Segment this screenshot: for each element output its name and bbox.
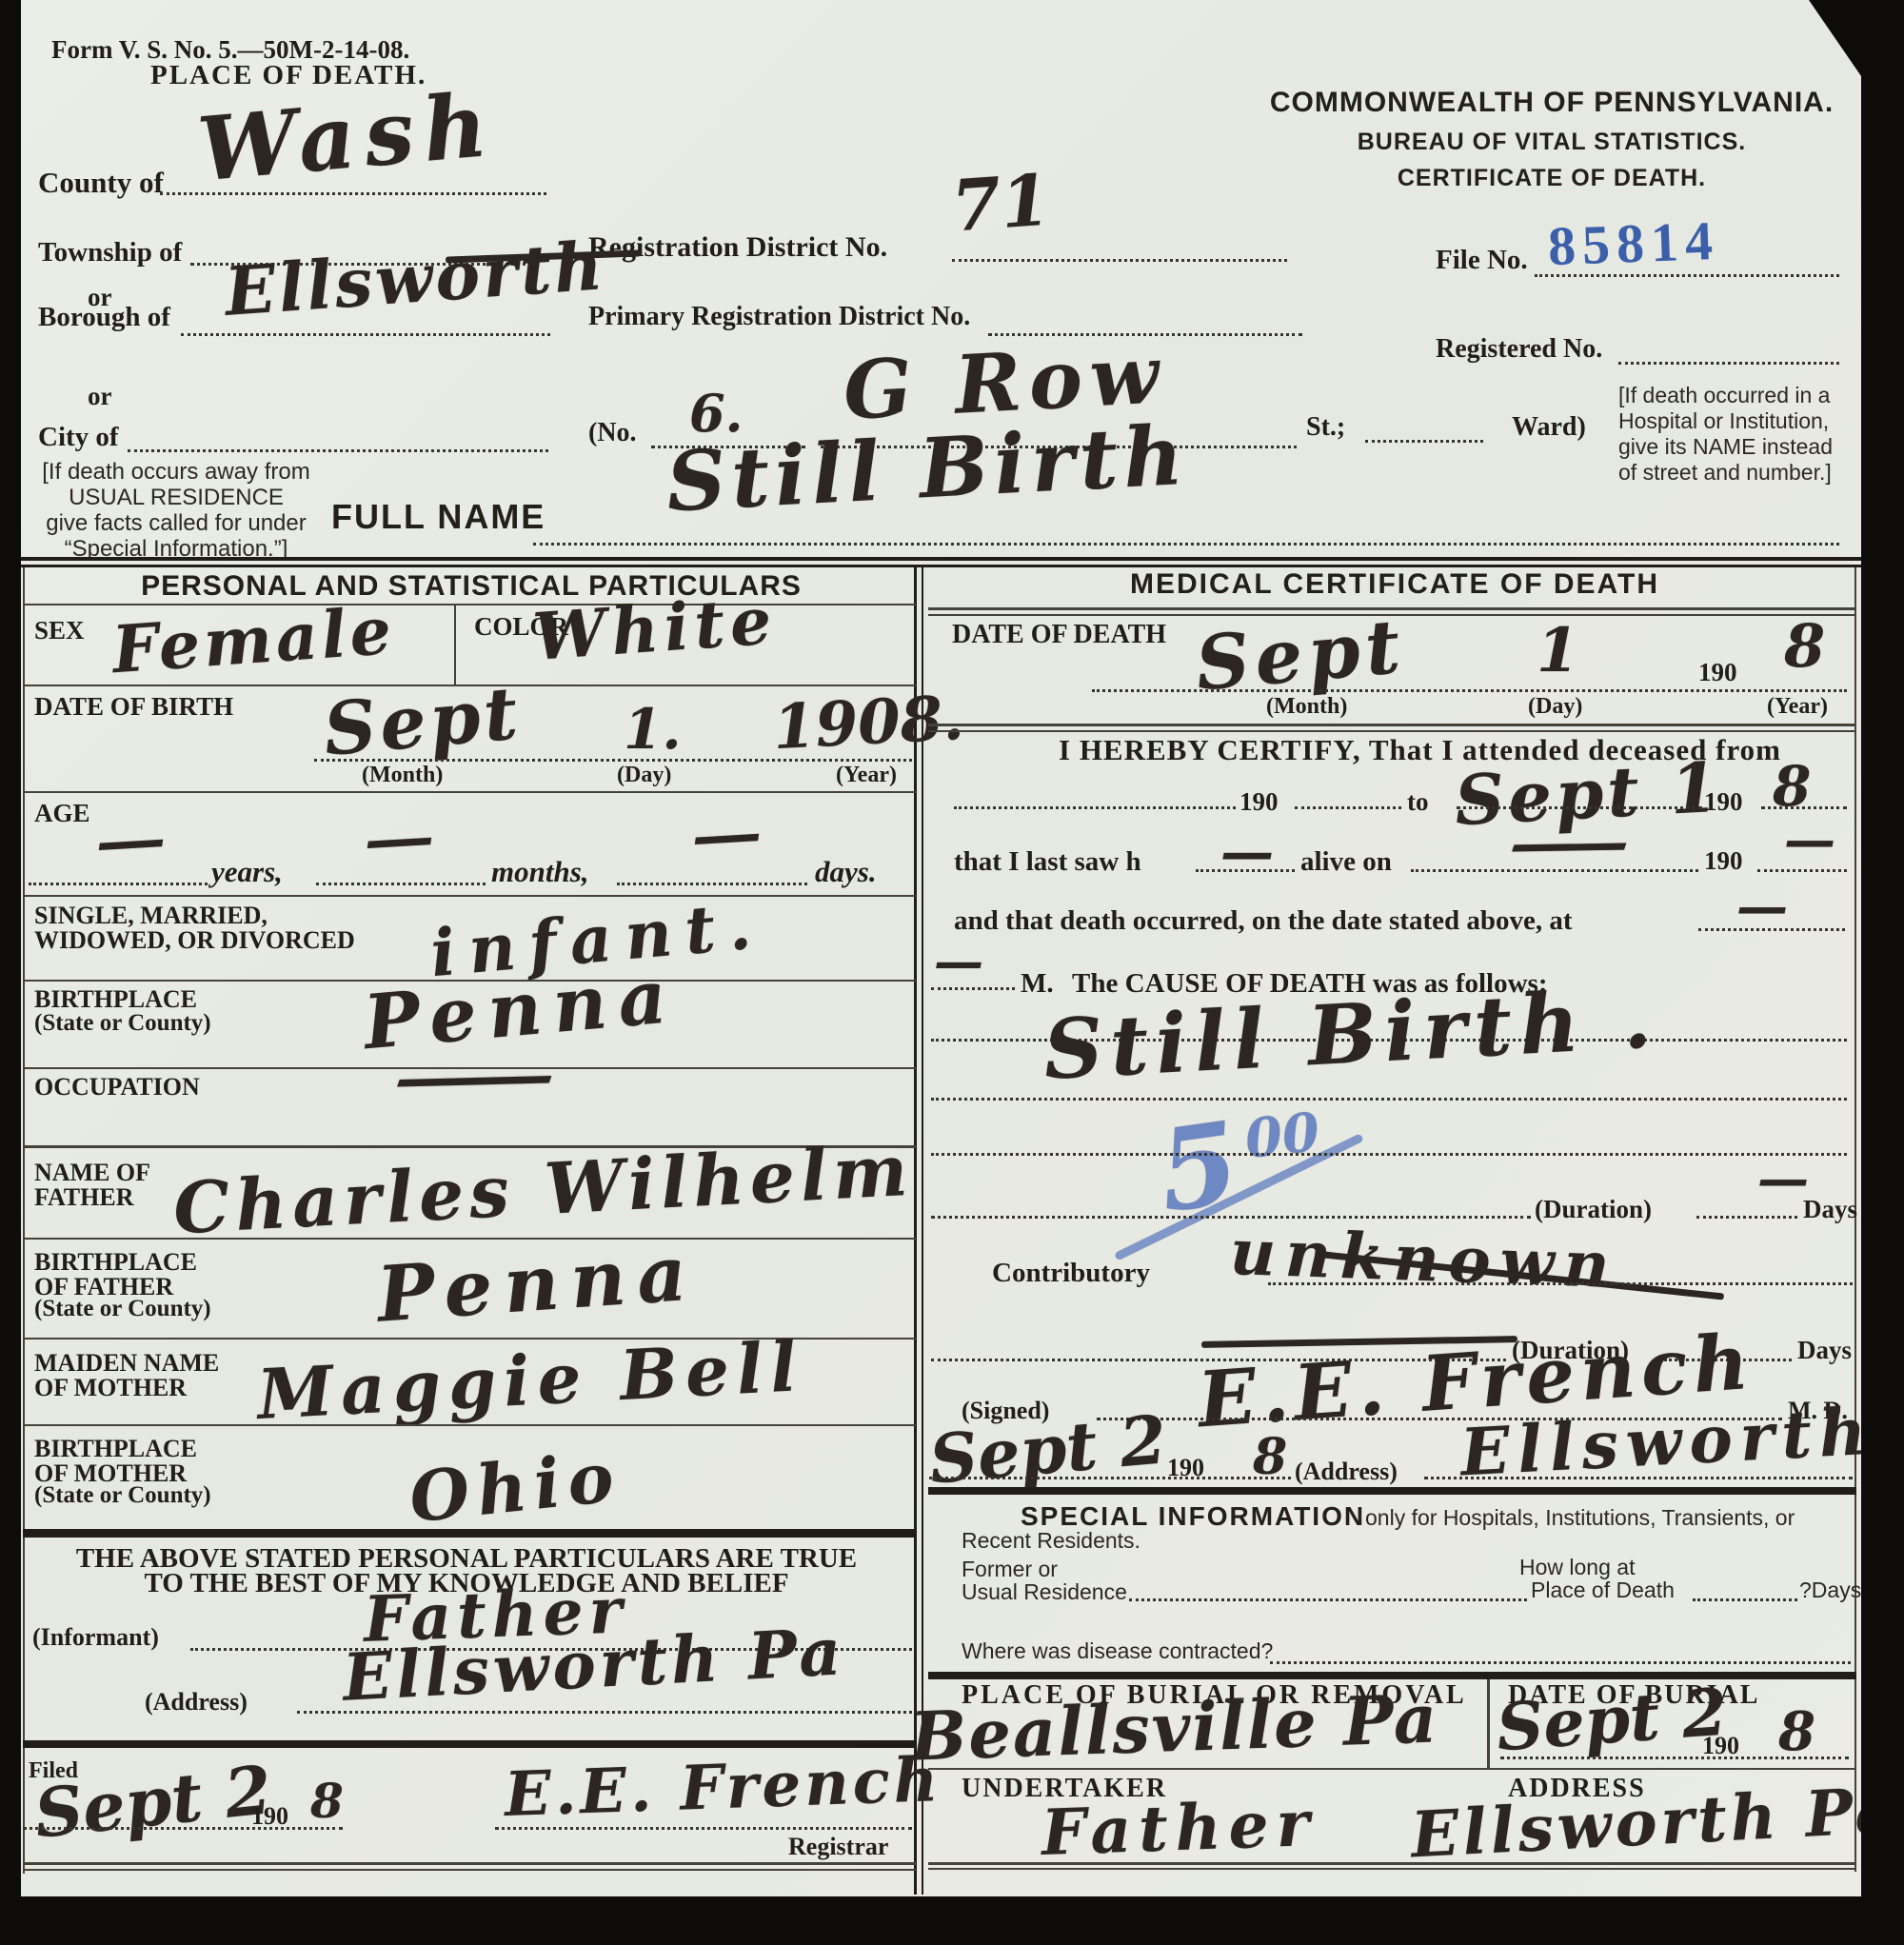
bureau-title: BUREAU OF VITAL STATISTICS. <box>1247 129 1856 154</box>
registered-no-line <box>1618 362 1839 365</box>
residence-note-line3: give facts called for under <box>29 510 324 536</box>
dob-day-label: (Day) <box>617 764 671 787</box>
signed-address-label: (Address) <box>1295 1459 1398 1484</box>
dod-row-rule-1 <box>928 724 1856 726</box>
burial-row-rule <box>928 1768 1856 1770</box>
dod-year-printed: 190 <box>1698 659 1737 685</box>
mother-maiden-row-rule <box>23 1424 916 1426</box>
how-long-line2: Place of Death <box>1531 1578 1675 1601</box>
registration-district-line <box>952 259 1287 262</box>
hospital-note-line1: [If death occurred in a <box>1618 383 1833 408</box>
months-label: months, <box>491 857 589 888</box>
special-info-line2: Recent Residents. <box>962 1529 1140 1552</box>
attended-to-gap-line <box>1295 806 1401 809</box>
burial-date-value: Sept 2 <box>1495 1679 1730 1763</box>
last-saw-label: that I last saw h <box>954 847 1141 876</box>
father-name-row-rule <box>23 1238 916 1240</box>
sex-label: SEX <box>34 617 85 644</box>
left-column-border <box>23 567 25 1874</box>
how-long-line <box>1693 1598 1797 1601</box>
cause-line-2 <box>931 1098 1847 1101</box>
or-label-2: or <box>88 383 111 409</box>
duration1-value: — <box>1757 1152 1809 1206</box>
days-q-label: ?Days <box>1799 1578 1861 1601</box>
dob-month-label: (Month) <box>362 764 443 787</box>
cause-line-3 <box>931 1153 1847 1156</box>
full-name-line <box>533 543 1839 546</box>
personal-title-rule <box>23 604 916 605</box>
contributory-line <box>1268 1282 1853 1285</box>
dod-day-value: 1 <box>1537 619 1579 683</box>
father-birthplace-label-line1: BIRTHPLACE <box>34 1249 197 1275</box>
last-saw-year-value: — <box>1784 813 1835 867</box>
attended-to-year-printed: 190 <box>1704 788 1743 815</box>
dod-row-rule-2 <box>928 730 1856 732</box>
attended-to-line <box>1457 806 1702 809</box>
special-info-bold: SPECIAL INFORMATION <box>1021 1502 1365 1530</box>
mother-maiden-label-line1: MAIDEN NAME <box>34 1350 219 1376</box>
residence-note: [If death occurs away from USUAL RESIDEN… <box>29 459 324 562</box>
statement-divider <box>23 1529 916 1538</box>
scan-border-right <box>1861 0 1904 1945</box>
signed-date-value: Sept 2 <box>926 1404 1169 1495</box>
filed-year-value: 8 <box>310 1776 344 1827</box>
duration1-label: (Duration) <box>1535 1196 1652 1222</box>
registration-district-label: Registration District No. <box>588 232 887 263</box>
file-no-stamp: 85814 <box>1547 212 1720 276</box>
father-birthplace-value: Penna <box>374 1232 700 1334</box>
registration-district-value: 71 <box>949 165 1052 246</box>
signed-date-line <box>929 1477 1291 1479</box>
registrar-label: Registrar <box>788 1834 888 1859</box>
left-bottom-rule-2 <box>23 1869 916 1871</box>
header-divider-top <box>21 557 1861 561</box>
informant-label: (Informant) <box>32 1624 159 1650</box>
father-name-label-line1: NAME OF <box>34 1160 150 1185</box>
hospital-note-line3: give its NAME instead <box>1618 434 1833 460</box>
last-saw-year-printed: 190 <box>1704 847 1743 874</box>
alive-on-value: — <box>1504 813 1635 875</box>
header-divider-bottom <box>21 565 1861 567</box>
burial-year-value: 8 <box>1778 1704 1815 1760</box>
alive-on-label: alive on <box>1300 847 1392 876</box>
scan-border-left <box>0 0 21 1945</box>
former-label-line1: Former or <box>962 1558 1058 1580</box>
commonwealth-title: COMMONWEALTH OF PENNSYLVANIA. <box>1247 88 1856 118</box>
m-label: M. <box>1021 969 1054 998</box>
dod-line <box>1092 689 1847 692</box>
column-divider-left <box>914 567 917 1895</box>
sex-color-divider <box>454 605 456 685</box>
age-line-3 <box>617 883 807 885</box>
informant-address-line <box>297 1711 912 1714</box>
dod-year-value: 8 <box>1784 615 1825 677</box>
borough-line <box>181 333 550 336</box>
mother-birthplace-label-line1: BIRTHPLACE <box>34 1436 197 1461</box>
hospital-note-line4: of street and number.] <box>1618 460 1833 486</box>
right-bottom-rule-2 <box>928 1868 1856 1870</box>
column-divider-right <box>922 567 923 1895</box>
days2-label: Days <box>1797 1337 1852 1363</box>
birthplace-sublabel: (State or County) <box>34 1011 211 1036</box>
m-line <box>931 987 1015 990</box>
attended-from-line <box>954 806 1236 809</box>
age-years-value: — <box>92 807 169 873</box>
occupation-label: OCCUPATION <box>34 1074 200 1100</box>
county-label: County of <box>38 168 164 199</box>
disease-line <box>1270 1661 1851 1664</box>
marital-label-line1: SINGLE, MARRIED, <box>34 903 268 928</box>
filed-divider <box>23 1740 916 1748</box>
dob-row-rule <box>23 791 916 793</box>
color-value: White <box>531 587 780 672</box>
hospital-note: [If death occurred in a Hospital or Inst… <box>1618 383 1833 486</box>
dob-year-label: (Year) <box>836 764 897 787</box>
how-long-line1: How long at <box>1519 1556 1635 1578</box>
father-birthplace-sublabel: (State or County) <box>34 1297 211 1321</box>
certificate-title: CERTIFICATE OF DEATH. <box>1247 166 1856 190</box>
dod-month-label: (Month) <box>1266 695 1347 719</box>
ward-label: Ward) <box>1512 413 1586 441</box>
attended-from-year-printed: 190 <box>1240 788 1279 815</box>
file-no-label: File No. <box>1436 246 1528 274</box>
age-line-1 <box>29 883 208 885</box>
father-name-label-line2: FATHER <box>34 1184 133 1210</box>
filed-line <box>23 1827 343 1830</box>
burial-date-line <box>1500 1756 1849 1759</box>
age-row-rule <box>23 895 916 897</box>
registrar-line <box>495 1827 912 1830</box>
scan-border-bottom <box>0 1896 1904 1945</box>
days1-label: Days <box>1803 1196 1857 1222</box>
death-occurred-label: and that death occurred, on the date sta… <box>954 906 1573 935</box>
last-saw-line-1 <box>1196 869 1295 872</box>
special-info-rest: only for Hospitals, Institutions, Transi… <box>1365 1506 1795 1529</box>
marital-label-line2: WIDOWED, OR DIVORCED <box>34 927 355 953</box>
residence-note-line1: [If death occurs away from <box>29 459 324 485</box>
disease-label: Where was disease contracted? <box>962 1639 1273 1662</box>
age-months-value: — <box>361 805 437 871</box>
city-label: City of <box>38 423 119 451</box>
street-label: St.; <box>1306 413 1345 441</box>
residence-note-line2: USUAL RESIDENCE <box>29 485 324 510</box>
ward-line <box>1365 440 1483 443</box>
death-certificate-scan: Form V. S. No. 5.—50M-2-14-08. PLACE OF … <box>0 0 1904 1945</box>
hospital-note-line2: Hospital or Institution, <box>1618 408 1833 434</box>
dob-month-value: Sept <box>321 675 525 768</box>
age-line-2 <box>316 883 486 885</box>
former-line <box>1129 1598 1527 1601</box>
informant-address-label: (Address) <box>145 1689 248 1715</box>
primary-registration-label: Primary Registration District No. <box>588 303 970 330</box>
dob-label: DATE OF BIRTH <box>34 693 233 720</box>
m-dash-value: — <box>934 937 983 989</box>
city-line <box>128 449 548 452</box>
mother-birthplace-sublabel: (State or County) <box>34 1483 211 1508</box>
attended-to-label: to <box>1407 788 1429 815</box>
age-days-value: — <box>688 802 764 867</box>
former-label-line2: Usual Residence <box>962 1580 1127 1603</box>
occupation-value: — <box>382 1043 565 1111</box>
dob-line <box>314 759 912 762</box>
days-label: days. <box>815 857 877 888</box>
dod-year-label: (Year) <box>1767 695 1828 719</box>
county-value: Wash <box>194 79 500 197</box>
house-no-label: (No. <box>588 419 637 447</box>
registered-no-label: Registered No. <box>1436 335 1602 363</box>
right-bottom-rule-1 <box>928 1862 1856 1865</box>
township-label: Township of <box>38 238 182 267</box>
dob-day-value: 1. <box>624 701 682 759</box>
death-occurred-value: — <box>1736 880 1788 934</box>
contributory-label: Contributory <box>992 1259 1150 1287</box>
years-label: years, <box>211 857 283 888</box>
duration1-line-right <box>1696 1216 1797 1219</box>
mother-maiden-label-line2: OF MOTHER <box>34 1375 187 1400</box>
medical-title: MEDICAL CERTIFICATE OF DEATH <box>942 569 1847 600</box>
burial-place-value: Beallsville Pa <box>909 1683 1439 1772</box>
filed-year-printed: 190 <box>251 1803 288 1829</box>
dod-day-label: (Day) <box>1528 695 1582 719</box>
borough-label: Borough of <box>38 303 170 331</box>
left-bottom-rule-1 <box>23 1862 916 1865</box>
birthplace-label: BIRTHPLACE <box>34 986 197 1012</box>
contributory-value: unknown <box>1229 1220 1620 1300</box>
personal-title: PERSONAL AND STATISTICAL PARTICULARS <box>29 571 914 602</box>
burial-year-printed: 190 <box>1702 1733 1739 1758</box>
special-info-divider <box>928 1487 1856 1495</box>
date-of-death-label: DATE OF DEATH <box>952 621 1166 648</box>
burial-col-divider <box>1487 1679 1490 1768</box>
full-name-label: FULL NAME <box>331 499 545 535</box>
age-label: AGE <box>34 800 90 826</box>
undertaker-value: Father <box>1041 1791 1318 1866</box>
registrar-signature: E.E. French <box>504 1748 942 1827</box>
